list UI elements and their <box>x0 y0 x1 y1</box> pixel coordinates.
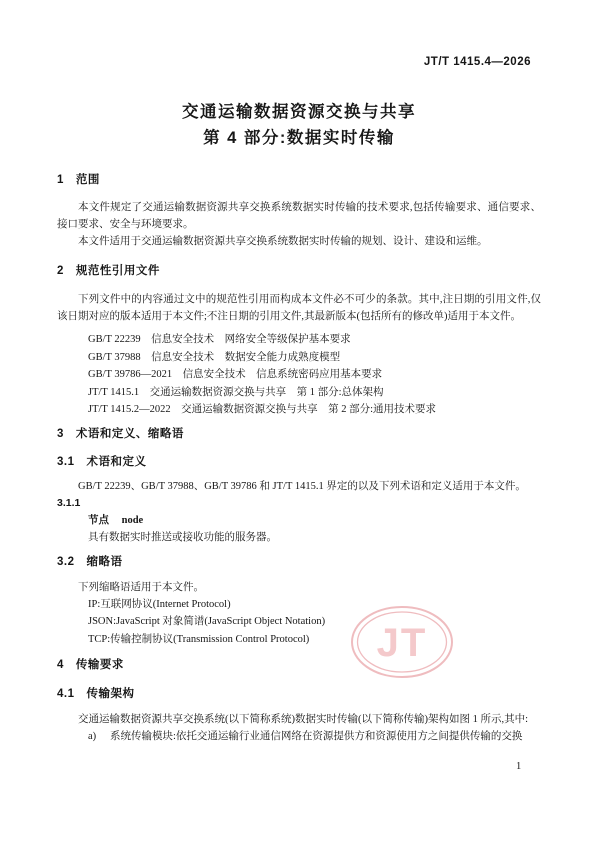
abbreviation-item: IP:互联网协议(Internet Protocol) <box>88 596 541 614</box>
document-title-line1: 交通运输数据资源交换与共享 <box>57 99 541 125</box>
abbreviation-item: JSON:JavaScript 对象简谱(JavaScript Object N… <box>88 613 541 631</box>
term-name-chinese: 节点 <box>88 514 109 526</box>
normative-ref-item: GB/T 39786—2021 信息安全技术 信息系统密码应用基本要求 <box>88 366 541 384</box>
terms-intro: GB/T 22239、GB/T 37988、GB/T 39786 和 JT/T … <box>57 478 541 495</box>
abbreviations-intro: 下列缩略语适用于本文件。 <box>57 579 541 596</box>
scope-paragraph-2: 本文件适用于交通运输数据资源共享交换系统数据实时传输的规划、设计、建设和运维。 <box>57 233 541 250</box>
section-2-heading: 2 规范性引用文件 <box>57 264 541 279</box>
normative-ref-item: JT/T 1415.2—2022 交通运输数据资源交换与共享 第 2 部分:通用… <box>88 401 541 419</box>
transmission-item-a: a) 系统传输模块:依托交通运输行业通信网络在资源提供方和资源使用方之间提供传输… <box>88 728 541 745</box>
normative-refs-intro: 下列文件中的内容通过文中的规范性引用而构成本文件必不可少的条款。其中,注日期的引… <box>57 291 541 325</box>
item-a-label: a) <box>88 728 110 745</box>
term-3-1-1-number: 3.1.1 <box>57 495 541 512</box>
normative-ref-item: JT/T 1415.1 交通运输数据资源交换与共享 第 1 部分:总体架构 <box>88 384 541 402</box>
abbreviation-item: TCP:传输控制协议(Transmission Control Protocol… <box>88 631 541 649</box>
normative-ref-item: GB/T 22239 信息安全技术 网络安全等级保护基本要求 <box>88 331 541 349</box>
page-content: JT/T 1415.4—2026 交通运输数据资源交换与共享 第 4 部分:数据… <box>57 50 541 745</box>
normative-refs-list: GB/T 22239 信息安全技术 网络安全等级保护基本要求 GB/T 3798… <box>57 331 541 419</box>
abbreviations-list: IP:互联网协议(Internet Protocol) JSON:JavaScr… <box>57 596 541 649</box>
page-number: 1 <box>516 760 521 774</box>
term-3-1-1-name: 节点 node <box>88 512 541 529</box>
item-a-text: 系统传输模块:依托交通运输行业通信网络在资源提供方和资源使用方之间提供传输的交换 <box>110 728 522 745</box>
scope-paragraph-1: 本文件规定了交通运输数据资源共享交换系统数据实时传输的技术要求,包括传输要求、通… <box>57 199 541 233</box>
transmission-paragraph: 交通运输数据资源共享交换系统(以下简称系统)数据实时传输(以下简称传输)架构如图… <box>57 711 541 728</box>
document-title-line2: 第 4 部分:数据实时传输 <box>57 125 541 151</box>
section-3-2-heading: 3.2 缩略语 <box>57 555 541 570</box>
document-page: JT JT/T 1415.4—2026 交通运输数据资源交换与共享 第 4 部分… <box>0 0 596 842</box>
standard-number: JT/T 1415.4—2026 <box>57 55 541 69</box>
term-name-english: node <box>122 515 144 526</box>
section-3-1-heading: 3.1 术语和定义 <box>57 455 541 470</box>
section-3-heading: 3 术语和定义、缩略语 <box>57 427 541 442</box>
normative-ref-item: GB/T 37988 信息安全技术 数据安全能力成熟度模型 <box>88 349 541 367</box>
section-4-heading: 4 传输要求 <box>57 658 541 673</box>
section-4-1-heading: 4.1 传输架构 <box>57 687 541 702</box>
section-1-heading: 1 范围 <box>57 173 541 188</box>
term-3-1-1-definition: 具有数据实时推送或接收功能的服务器。 <box>88 529 541 546</box>
